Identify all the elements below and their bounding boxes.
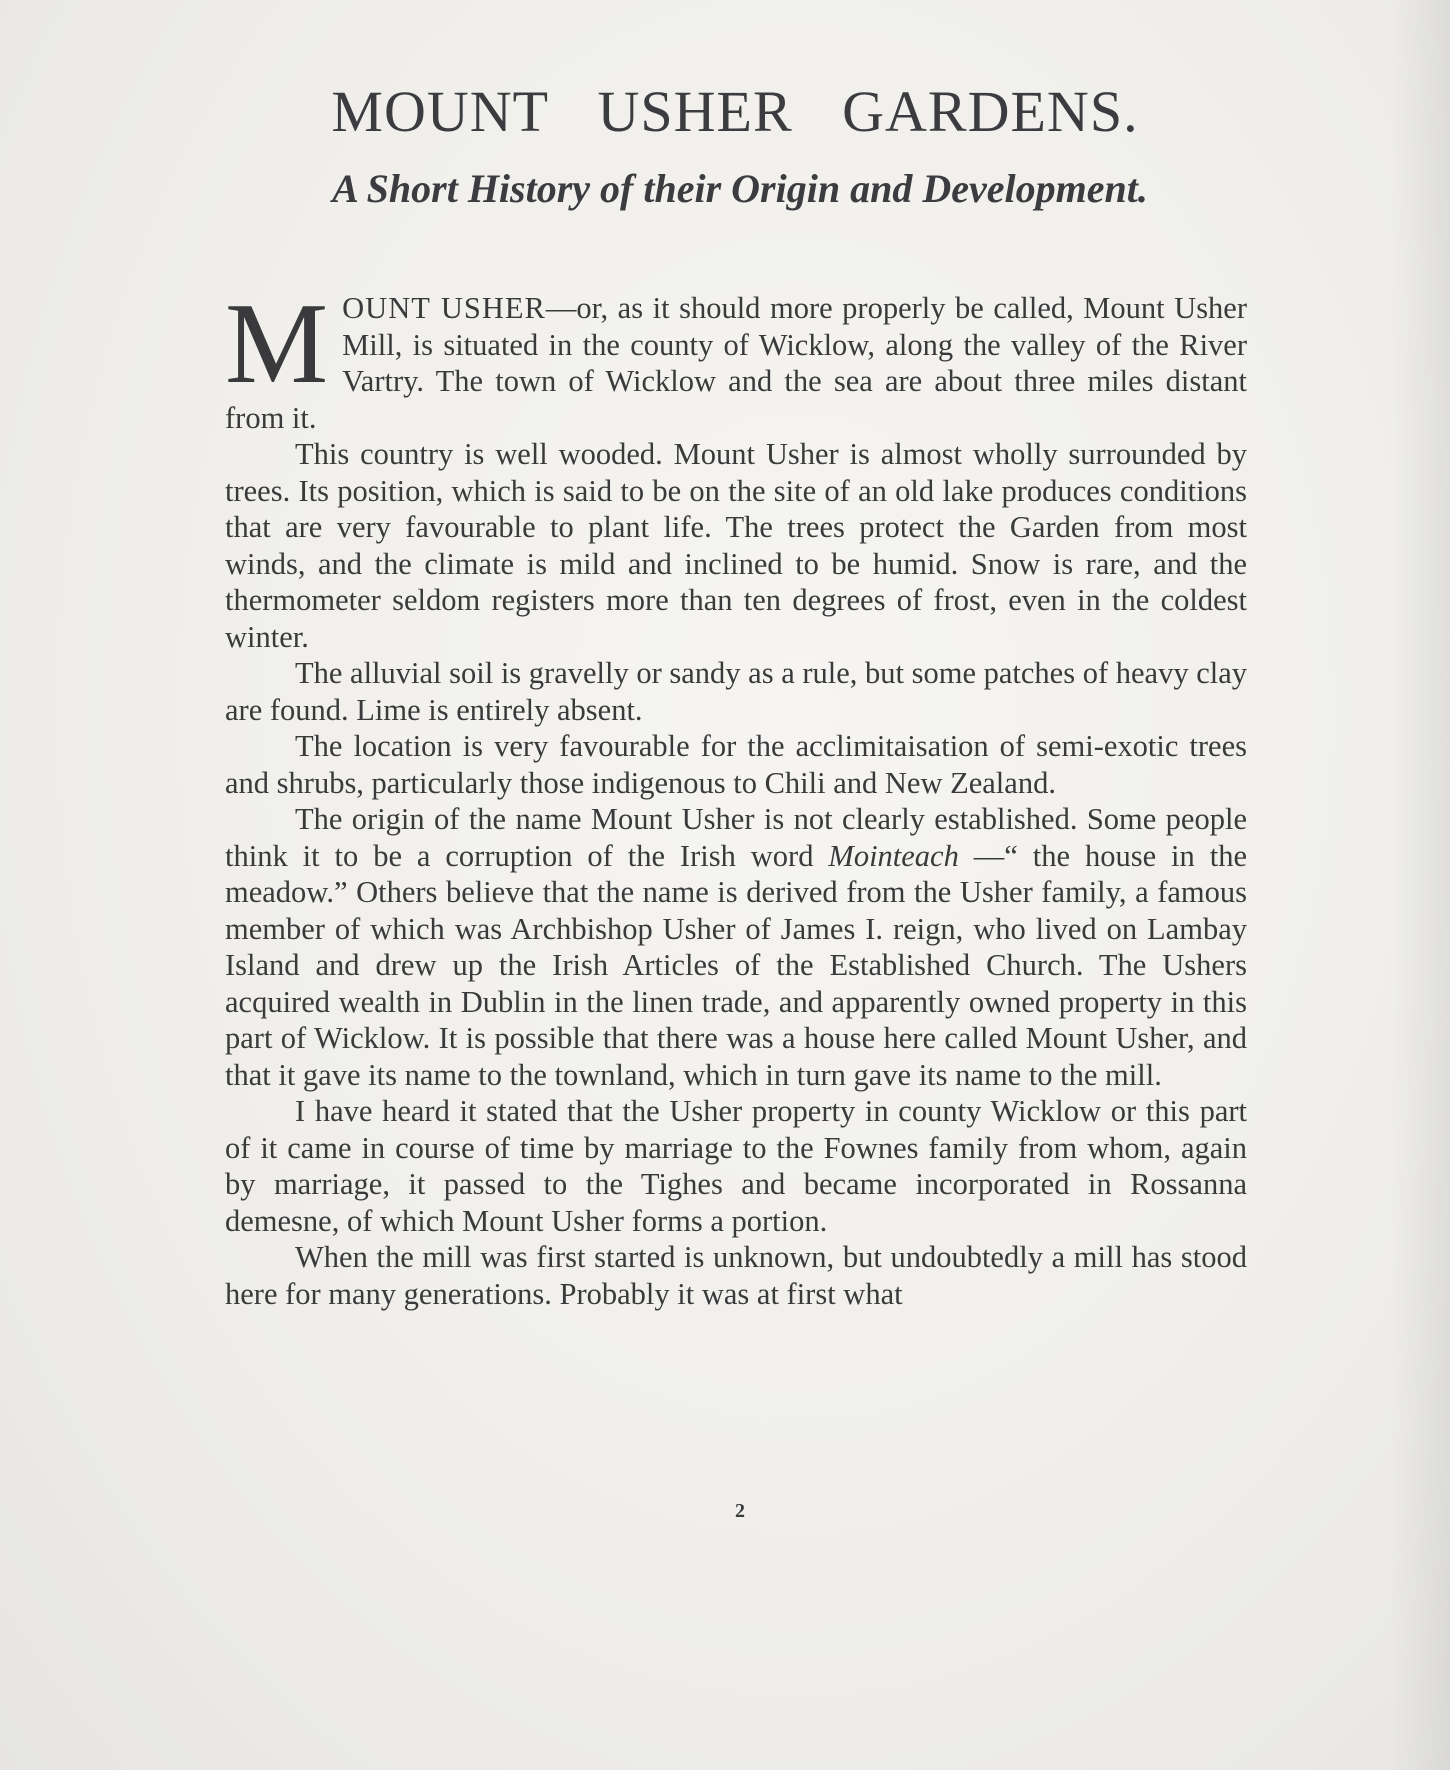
paragraph-5: The origin of the name Mount Usher is no…	[225, 801, 1247, 1093]
book-page: MOUNT USHER GARDENS. A Short History of …	[0, 0, 1450, 1770]
paragraph-2: This country is well wooded. Mount Usher…	[225, 436, 1247, 655]
page-number: 2	[0, 1500, 1450, 1523]
page-subtitle: A Short History of their Origin and Deve…	[0, 165, 1450, 212]
body-text: MOUNT USHER—or, as it should more proper…	[225, 290, 1247, 1312]
paragraph-3: The alluvial soil is gravelly or sandy a…	[225, 655, 1247, 728]
paragraph-4: The location is very favourable for the …	[225, 728, 1247, 801]
page-title: MOUNT USHER GARDENS.	[0, 78, 1450, 145]
irish-word: Mointeach	[828, 839, 958, 873]
lead-caps: OUNT USHER	[342, 291, 546, 325]
paragraph-1: MOUNT USHER—or, as it should more proper…	[225, 290, 1247, 436]
paragraph-6: I have heard it stated that the Usher pr…	[225, 1093, 1247, 1239]
paragraph-7: When the mill was first started is unkno…	[225, 1239, 1247, 1312]
drop-cap: M	[225, 298, 328, 390]
paragraph-5-text-b: —“ the house in the meadow.” Others beli…	[225, 839, 1247, 1092]
